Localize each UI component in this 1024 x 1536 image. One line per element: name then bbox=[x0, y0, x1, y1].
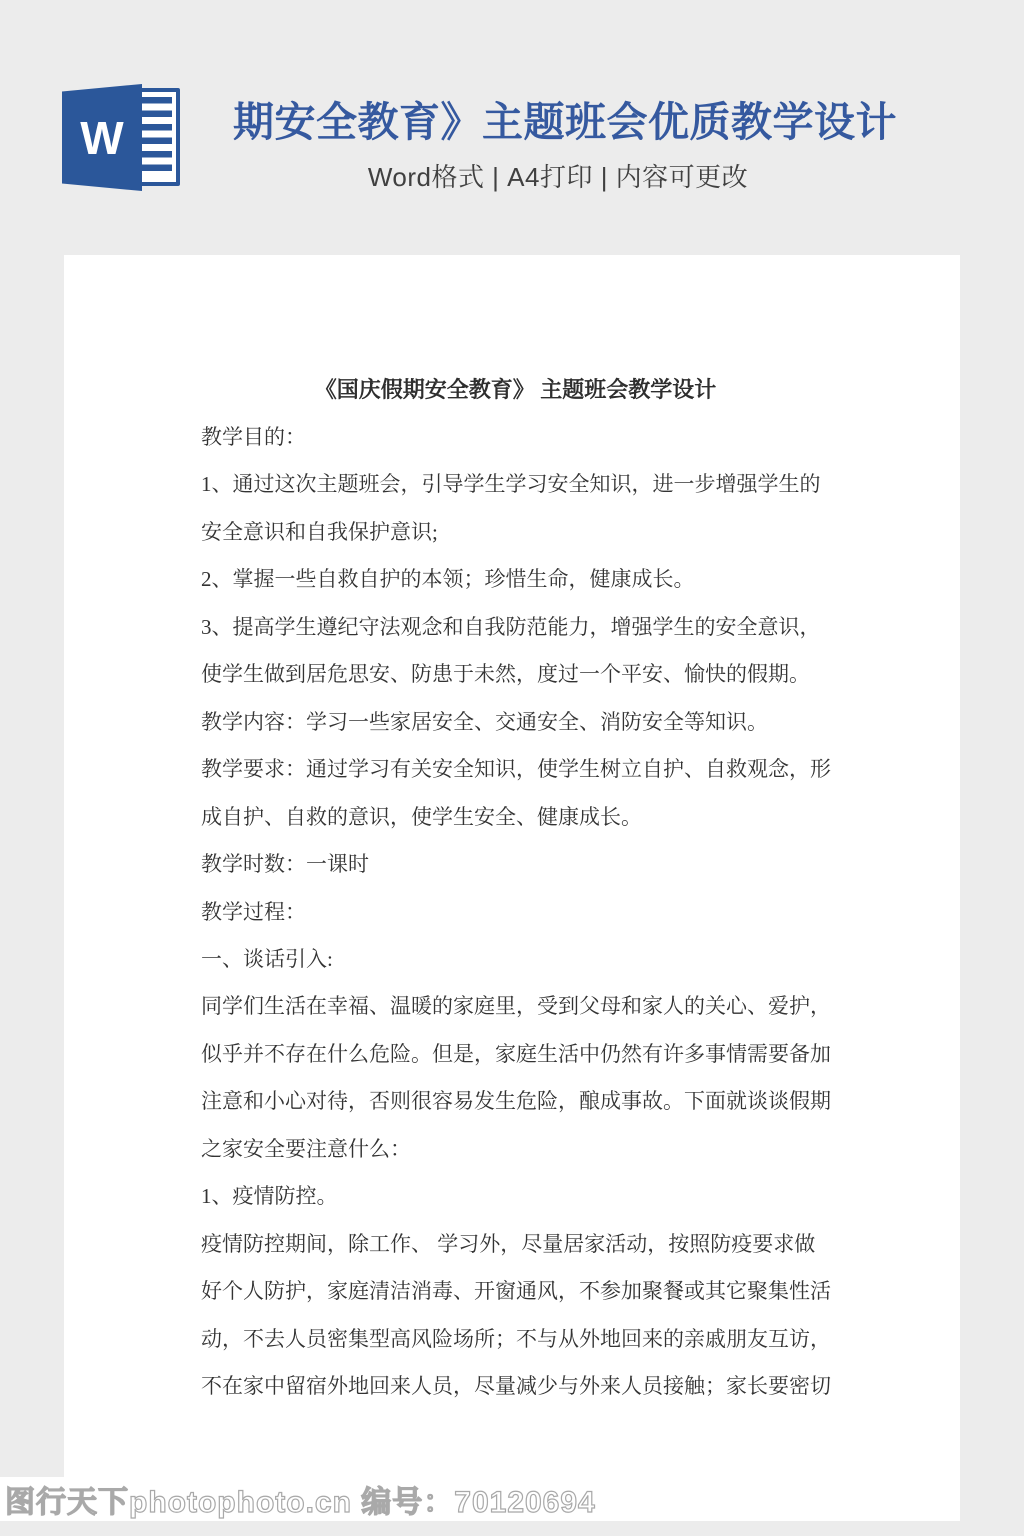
word-icon-cover: W bbox=[62, 84, 142, 191]
document-line: 注意和小心对待，否则很容易发生危险，酿成事故。下面就谈谈假期 bbox=[201, 1078, 830, 1125]
document-line: 1、通过这次主题班会，引导学生学习安全知识，进一步增强学生的 bbox=[201, 461, 830, 508]
word-file-icon: W bbox=[62, 84, 180, 191]
document-line: 教学时数：一课时 bbox=[201, 841, 830, 888]
watermark-text: 图行天下photophoto.cn 编号：70120694 bbox=[5, 1477, 596, 1521]
document-line: 2、掌握一些自救自护的本领；珍惜生命，健康成长。 bbox=[201, 556, 830, 603]
document-line: 教学要求：通过学习有关安全知识，使学生树立自护、自救观念，形 bbox=[201, 746, 830, 793]
word-icon-letter: W bbox=[80, 115, 123, 161]
document-line: 教学目的： bbox=[201, 414, 830, 461]
document-page: 《国庆假期安全教育》 主题班会教学设计 教学目的：1、通过这次主题班会，引导学生… bbox=[64, 255, 960, 1521]
document-line: 一、谈话引入: bbox=[201, 936, 830, 983]
document-line: 3、提高学生遵纪守法观念和自我防范能力，增强学生的安全意识， bbox=[201, 604, 830, 651]
document-line: 好个人防护，家庭清洁消毒、开窗通风，不参加聚餐或其它聚集性活 bbox=[201, 1268, 830, 1315]
page-background: W 期安全教育》主题班会优质教学设计 Word格式 | A4打印 | 内容可更改… bbox=[0, 0, 1024, 1536]
document-line: 之家安全要注意什么： bbox=[201, 1126, 830, 1173]
document-line: 动，不去人员密集型高风险场所；不与从外地回来的亲戚朋友互访， bbox=[201, 1316, 830, 1363]
page-title: 期安全教育》主题班会优质教学设计 bbox=[233, 96, 883, 148]
document-line: 不在家中留宿外地回来人员，尽量减少与外来人员接触；家长要密切 bbox=[201, 1363, 830, 1410]
document-body: 教学目的：1、通过这次主题班会，引导学生学习安全知识，进一步增强学生的安全意识和… bbox=[201, 414, 830, 1411]
document-line: 1、疫情防控。 bbox=[201, 1173, 830, 1220]
header: W 期安全教育》主题班会优质教学设计 Word格式 | A4打印 | 内容可更改 bbox=[0, 0, 1024, 255]
document-line: 教学过程： bbox=[201, 889, 830, 936]
document-line: 同学们生活在幸福、温暖的家庭里，受到父母和家人的关心、爱护， bbox=[201, 983, 830, 1030]
document-line: 似乎并不存在什么危险。但是，家庭生活中仍然有许多事情需要备加 bbox=[201, 1031, 830, 1078]
document-line: 教学内容：学习一些家居安全、交通安全、消防安全等知识。 bbox=[201, 699, 830, 746]
document-line: 成自护、自救的意识，使学生安全、健康成长。 bbox=[201, 794, 830, 841]
header-text-block: 期安全教育》主题班会优质教学设计 Word格式 | A4打印 | 内容可更改 bbox=[233, 96, 883, 194]
watermark-band: 图行天下photophoto.cn 编号：70120694 bbox=[0, 1477, 960, 1521]
document-line: 安全意识和自我保护意识; bbox=[201, 509, 830, 556]
document-line: 使学生做到居危思安、防患于未然，度过一个平安、愉快的假期。 bbox=[201, 651, 830, 698]
document-title: 《国庆假期安全教育》 主题班会教学设计 bbox=[201, 366, 830, 414]
document-line: 疫情防控期间，除工作、 学习外，尽量居家活动，按照防疫要求做 bbox=[201, 1221, 830, 1268]
page-subtitle: Word格式 | A4打印 | 内容可更改 bbox=[233, 157, 883, 194]
